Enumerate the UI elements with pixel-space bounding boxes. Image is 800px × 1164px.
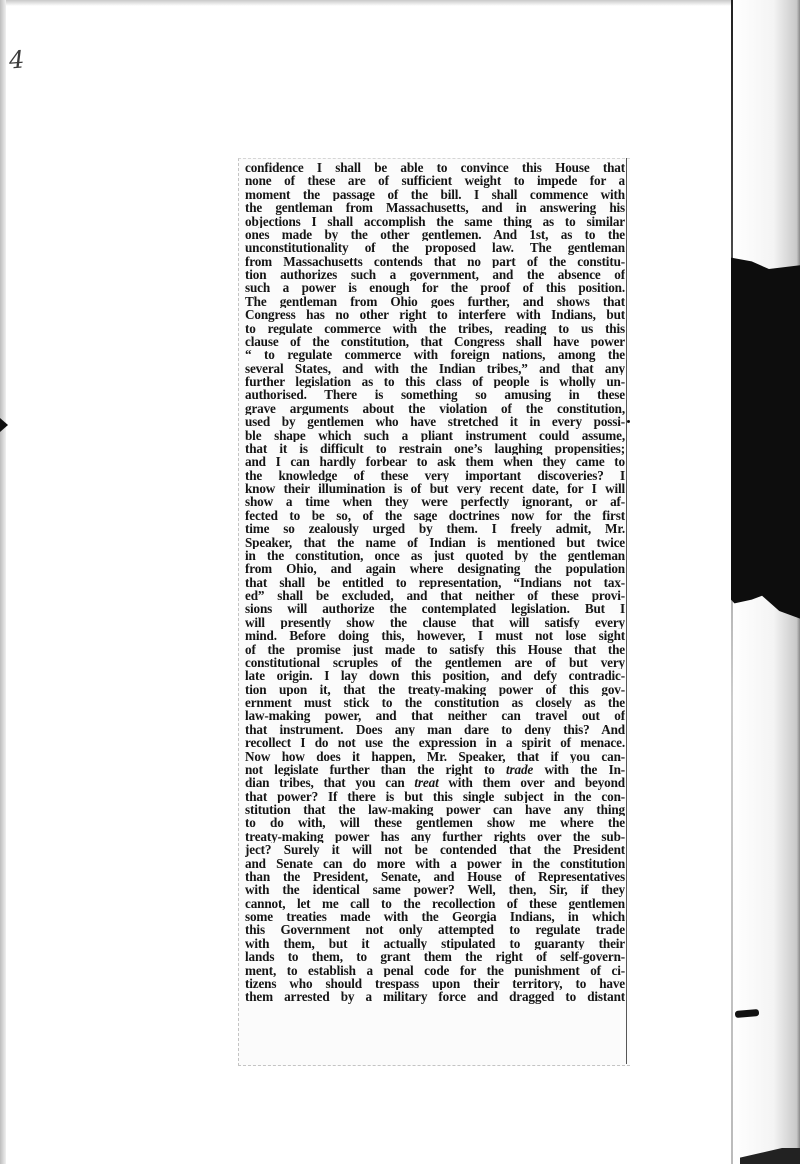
text-line: late origin. I lay down this position, a… bbox=[245, 669, 625, 682]
text-line: not legislate further than the right to … bbox=[245, 763, 625, 776]
left-margin-tab-mark bbox=[0, 418, 8, 432]
text-line: time so zealously urged by them. I freel… bbox=[245, 522, 625, 535]
text-line: some treaties made with the Georgia Indi… bbox=[245, 910, 625, 923]
text-line: with them, but it actually stipulated to… bbox=[245, 937, 625, 950]
article-column: confidence I shall be able to convince t… bbox=[245, 161, 625, 1004]
text-line: of the promise just made to satisfy this… bbox=[245, 643, 625, 656]
text-line: that shall be entitled to representation… bbox=[245, 576, 625, 589]
black-binding-tab bbox=[731, 250, 800, 630]
text-line: the gentleman from Massachusetts, and in… bbox=[245, 201, 625, 214]
text-line: and I can hardly forbear to ask them whe… bbox=[245, 455, 625, 468]
text-line: Now how does it happen, Mr. Speaker, tha… bbox=[245, 750, 625, 763]
text-line: ble shape which such a pliant instrument… bbox=[245, 429, 625, 442]
column-rule bbox=[626, 158, 627, 1064]
text-line: dian tribes, that you can treat with the… bbox=[245, 776, 625, 789]
text-line: authorised. There is something so amusin… bbox=[245, 388, 625, 401]
text-line: ment, to establish a penal code for the … bbox=[245, 964, 625, 977]
text-line: further legislation as to this class of … bbox=[245, 375, 625, 388]
text-line: tizens who should trespass upon their te… bbox=[245, 977, 625, 990]
text-line: lands to them, to grant them the right o… bbox=[245, 950, 625, 963]
text-line: will presently show the clause that will… bbox=[245, 616, 625, 629]
text-line: sions will authorize the contemplated le… bbox=[245, 602, 625, 615]
text-line: with the identical same power? Well, the… bbox=[245, 883, 625, 896]
text-line: “ to regulate commerce with foreign nati… bbox=[245, 348, 625, 361]
text-line: that it is difficult to restrain one’s l… bbox=[245, 442, 625, 455]
text-line: confidence I shall be able to convince t… bbox=[245, 161, 625, 174]
scan-top-edge bbox=[0, 0, 740, 6]
text-line: that power? If there is but this single … bbox=[245, 790, 625, 803]
text-line: than the President, Senate, and House of… bbox=[245, 870, 625, 883]
text-line: The gentleman from Ohio goes further, an… bbox=[245, 295, 625, 308]
text-line: show a time when they were perfectly ign… bbox=[245, 495, 625, 508]
text-line: objections I shall accomplish the same t… bbox=[245, 215, 625, 228]
text-line: constitutional scruples of the gentlemen… bbox=[245, 656, 625, 669]
italic-word: trade bbox=[506, 763, 533, 776]
text-line: tion authorizes such a government, and t… bbox=[245, 268, 625, 281]
text-line: in the constitution, once as just quoted… bbox=[245, 549, 625, 562]
text-line: tion upon it, that the treaty-making pow… bbox=[245, 683, 625, 696]
scanned-page: 4 confidence I shall be able to convince… bbox=[0, 0, 800, 1164]
scan-left-edge bbox=[0, 0, 6, 1164]
text-line: to regulate commerce with the tribes, re… bbox=[245, 322, 625, 335]
text-line: from Ohio, and again where designating t… bbox=[245, 562, 625, 575]
text-line: that instrument. Does any man dare to de… bbox=[245, 723, 625, 736]
text-line: ones made by the other gentlemen. And 1s… bbox=[245, 228, 625, 241]
text-line: the knowledge of these very important di… bbox=[245, 469, 625, 482]
handwritten-page-number: 4 bbox=[8, 46, 25, 75]
text-line: fected to be so, of the sage doctrines n… bbox=[245, 509, 625, 522]
text-line: ed” shall be excluded, and that neither … bbox=[245, 589, 625, 602]
text-line: recollect I do not use the expression in… bbox=[245, 736, 625, 749]
text-line: treaty-making power has any further righ… bbox=[245, 830, 625, 843]
text-line: them arrested by a military force and dr… bbox=[245, 990, 625, 1003]
text-line: moment the passage of the bill. I shall … bbox=[245, 188, 625, 201]
text-line: Congress has no other right to interfere… bbox=[245, 308, 625, 321]
stray-ink-dot bbox=[627, 420, 630, 423]
text-line: cannot, let me call to the recollection … bbox=[245, 897, 625, 910]
text-line: such a power is enough for the proof of … bbox=[245, 281, 625, 294]
text-line: stitution that the law-making power can … bbox=[245, 803, 625, 816]
text-line: grave arguments about the violation of t… bbox=[245, 402, 625, 415]
text-line: law-making power, and that neither can t… bbox=[245, 709, 625, 722]
text-line: clause of the constitution, that Congres… bbox=[245, 335, 625, 348]
text-line: from Massachusetts contends that no part… bbox=[245, 255, 625, 268]
text-line: mind. Before doing this, however, I must… bbox=[245, 629, 625, 642]
text-line: to do with, will these gentlemen show me… bbox=[245, 816, 625, 829]
text-line: and Senate can do more with a power in t… bbox=[245, 857, 625, 870]
text-line: none of these are of sufficient weight t… bbox=[245, 174, 625, 187]
text-line: unconstitutionality of the proposed law.… bbox=[245, 241, 625, 254]
text-line: used by gentlemen who have stretched it … bbox=[245, 415, 625, 428]
text-line: several States, and with the Indian trib… bbox=[245, 362, 625, 375]
text-line: ernment must stick to the constitution a… bbox=[245, 696, 625, 709]
text-line: know their illumination is of but very r… bbox=[245, 482, 625, 495]
italic-word: treat bbox=[414, 776, 438, 789]
text-line: ject? Surely it will not be contended th… bbox=[245, 843, 625, 856]
text-line: Speaker, that the name of Indian is ment… bbox=[245, 536, 625, 549]
text-line: this Government not only attempted to re… bbox=[245, 923, 625, 936]
